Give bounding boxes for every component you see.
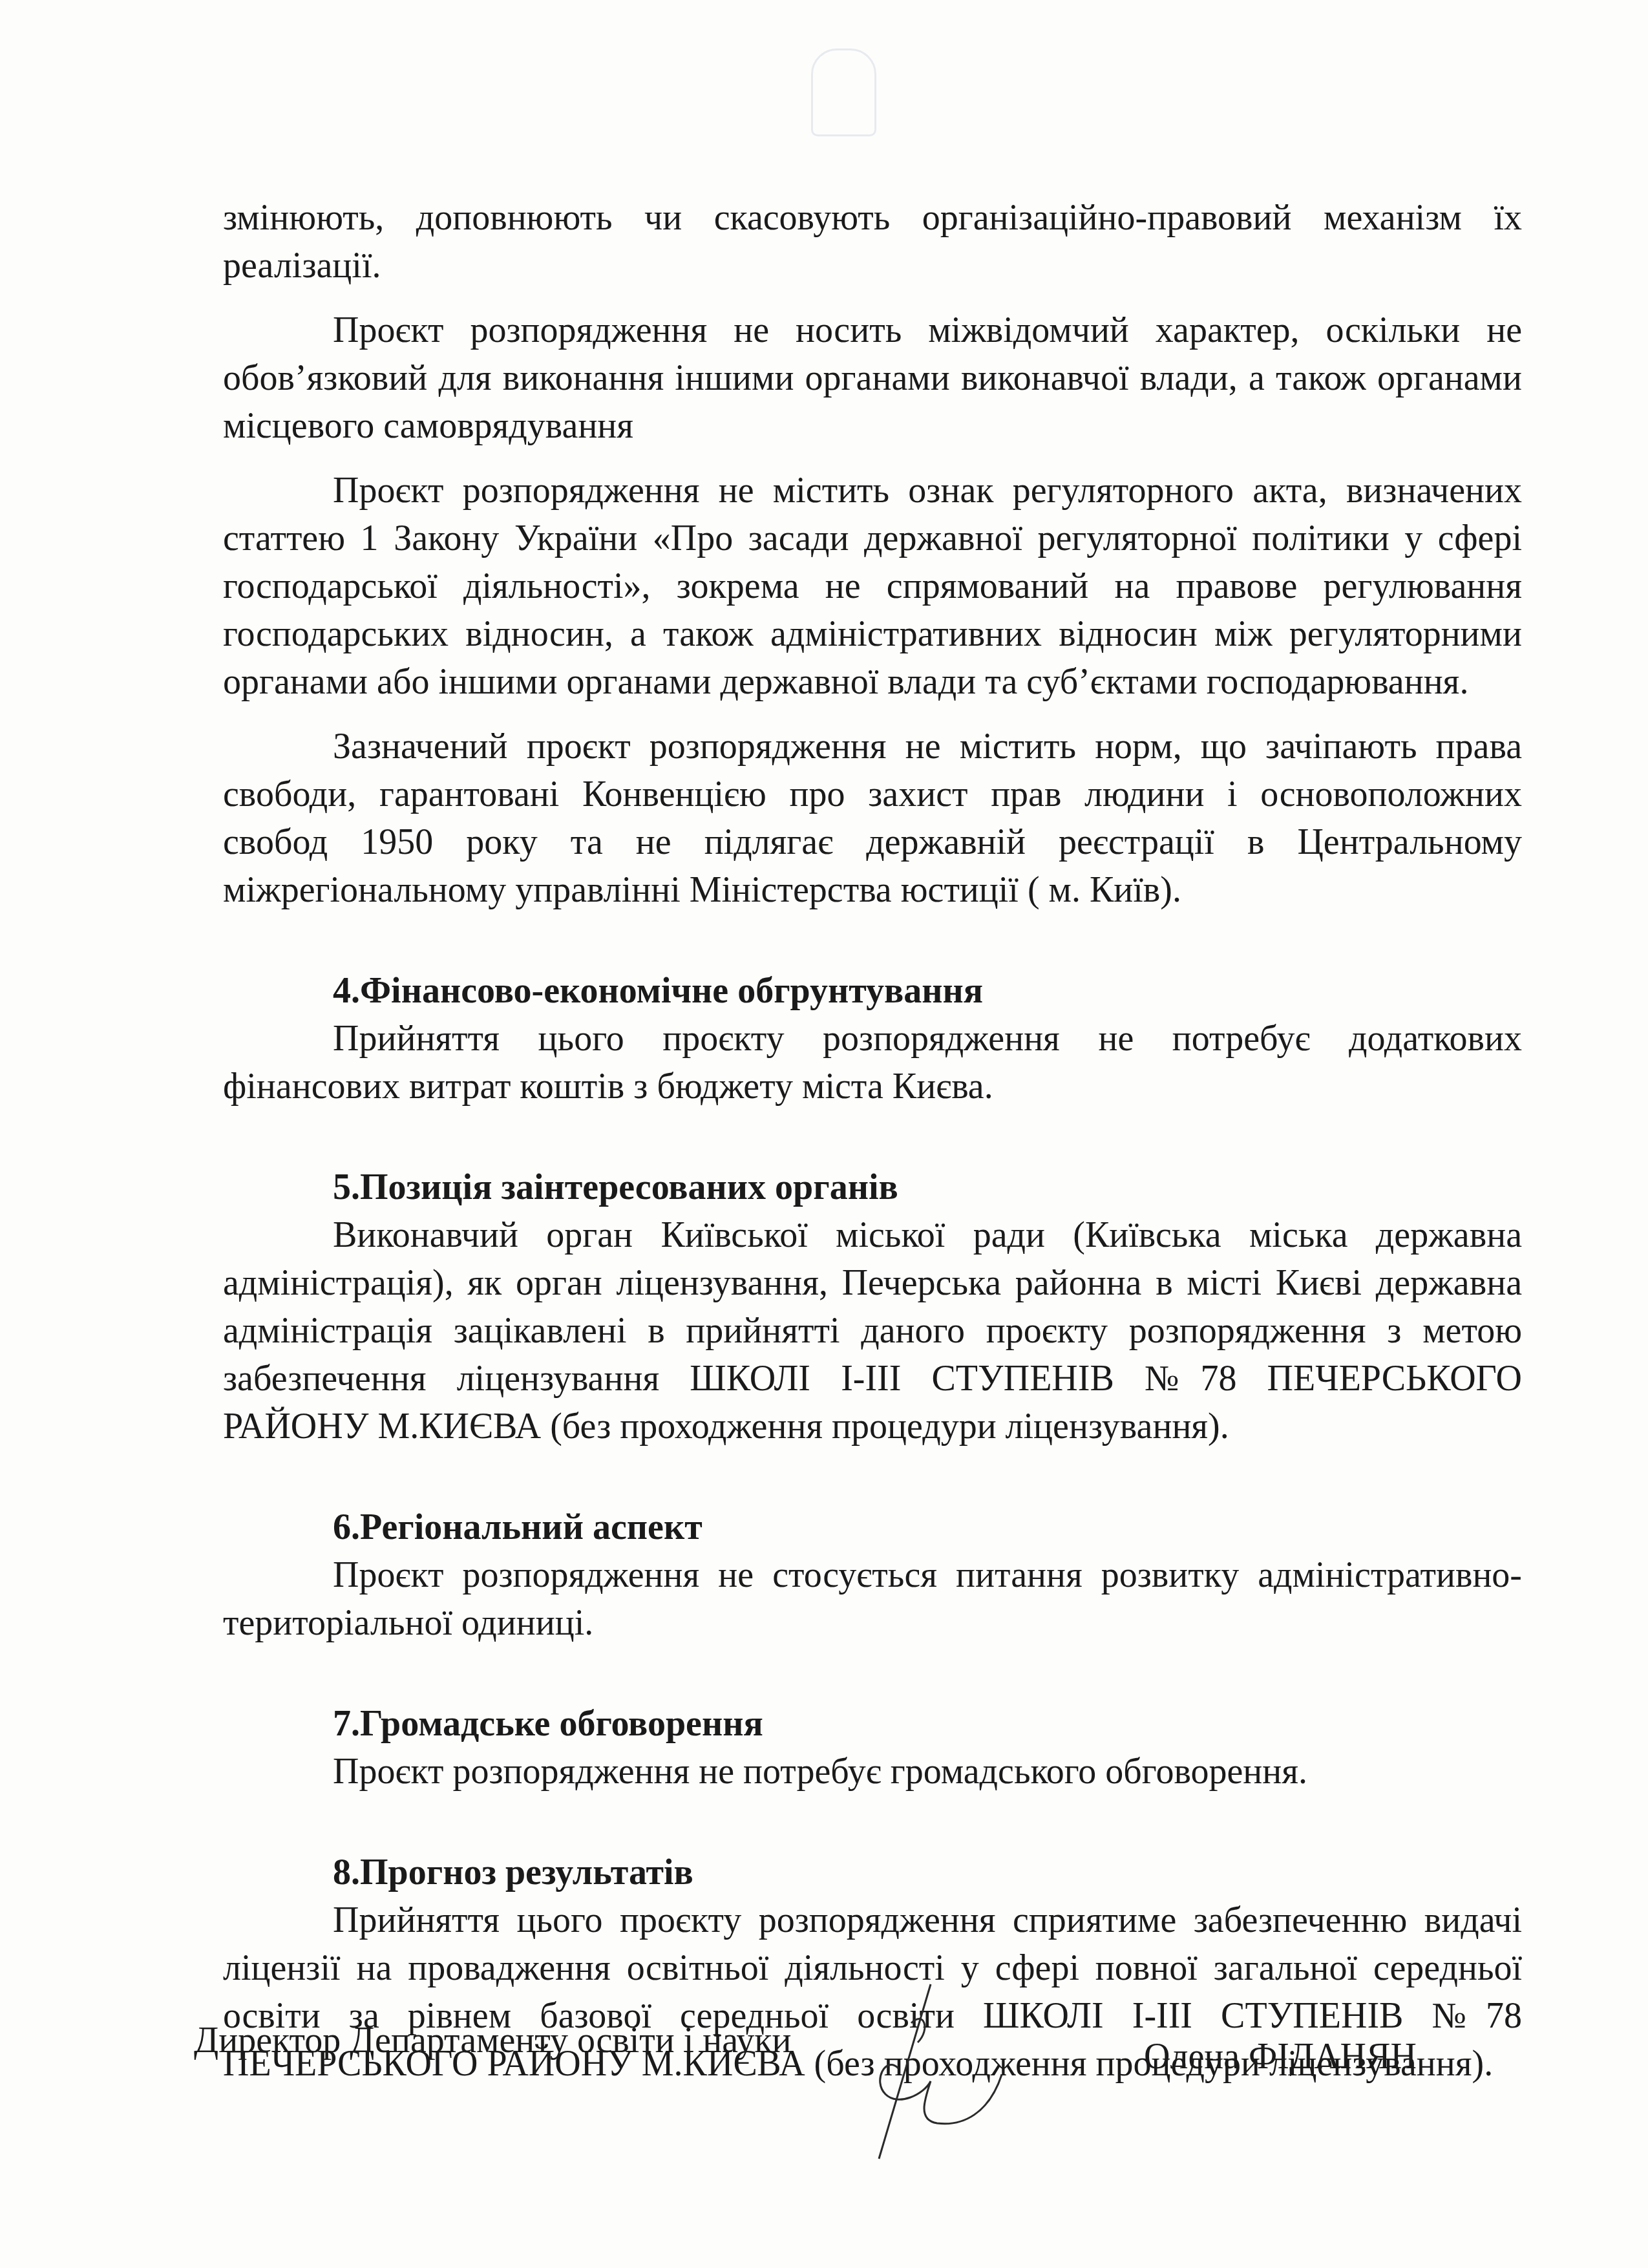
handwritten-signature bbox=[853, 1971, 1021, 2165]
section-body: Виконавчий орган Київської міської ради … bbox=[223, 1211, 1522, 1450]
continuation-paragraph: змінюють, доповнюють чи скасовують орган… bbox=[223, 194, 1522, 290]
section-heading: 4.Фінансово-економічне обгрунтування bbox=[223, 967, 1522, 1015]
signatory-name: Олена ФІДАНЯН bbox=[1144, 2036, 1417, 2077]
section-body: Прийняття цього проєкту розпорядження не… bbox=[223, 1015, 1522, 1110]
signature-block: Директор Департаменту освіти і науки Оле… bbox=[194, 1997, 1454, 2126]
section-public-discussion: 7.Громадське обговорення Проєкт розпоряд… bbox=[223, 1700, 1522, 1796]
section-heading: 7.Громадське обговорення bbox=[223, 1700, 1522, 1748]
section-financial: 4.Фінансово-економічне обгрунтування При… bbox=[223, 967, 1522, 1110]
section-body: Проєкт розпорядження не потребує громадс… bbox=[223, 1748, 1522, 1796]
document-body: змінюють, доповнюють чи скасовують орган… bbox=[223, 194, 1522, 2088]
bleed-through-emblem bbox=[811, 48, 876, 136]
signatory-title: Директор Департаменту освіти і науки bbox=[194, 2020, 791, 2061]
section-stakeholders: 5.Позиція заінтересованих органів Викона… bbox=[223, 1163, 1522, 1450]
section-heading: 6.Регіональний аспект bbox=[223, 1503, 1522, 1551]
section-body: Проєкт розпорядження не стосується питан… bbox=[223, 1551, 1522, 1647]
section-heading: 5.Позиція заінтересованих органів bbox=[223, 1163, 1522, 1211]
paragraph-interagency: Проєкт розпорядження не носить міжвідомч… bbox=[223, 306, 1522, 450]
paragraph-regulatory: Проєкт розпорядження не містить ознак ре… bbox=[223, 467, 1522, 706]
section-heading: 8.Прогноз результатів bbox=[223, 1849, 1522, 1896]
paragraph-human-rights: Зазначений проєкт розпорядження не місти… bbox=[223, 723, 1522, 914]
section-regional: 6.Регіональний аспект Проєкт розпоряджен… bbox=[223, 1503, 1522, 1647]
